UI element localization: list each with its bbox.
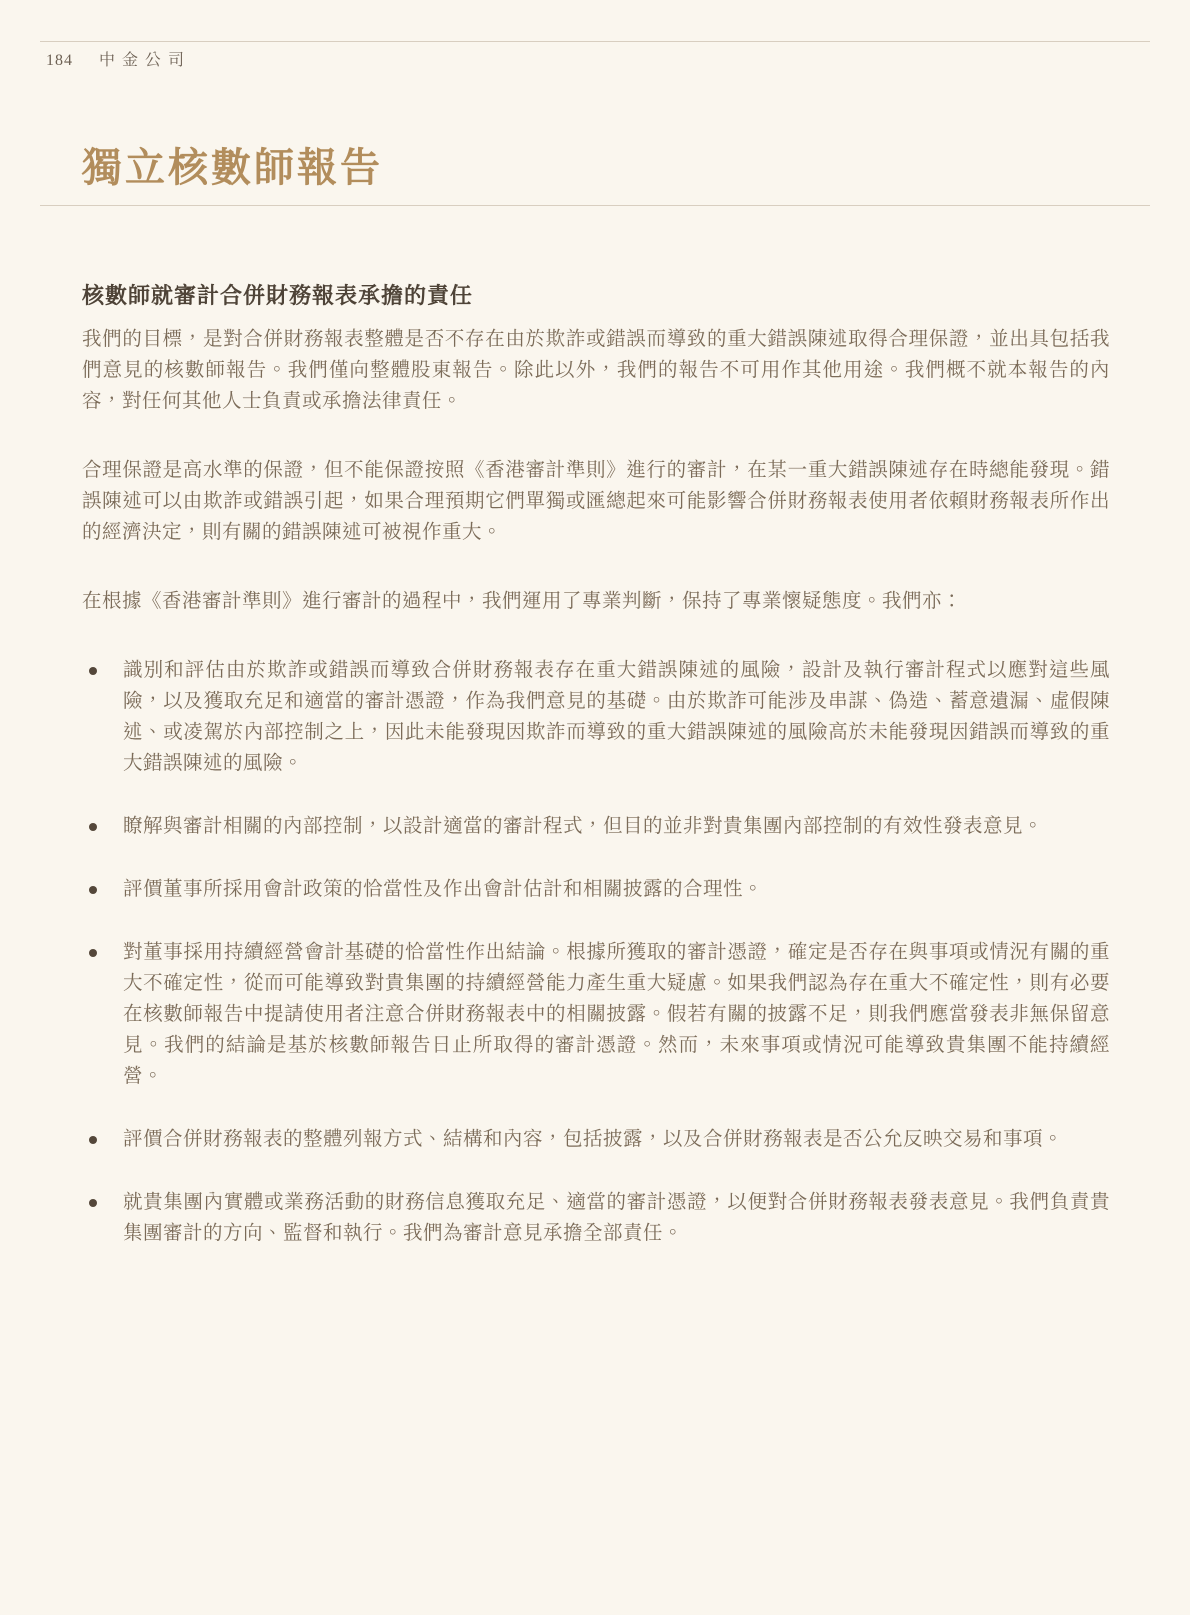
bullet-item: 對董事採用持續經營會計基礎的恰當性作出結論。根據所獲取的審計憑證，確定是否存在與…: [82, 937, 1110, 1092]
bullet-item: 識別和評估由於欺詐或錯誤而導致合併財務報表存在重大錯誤陳述的風險，設計及執行審計…: [82, 655, 1110, 779]
section-heading: 核數師就審計合併財務報表承擔的責任: [82, 282, 1110, 310]
bullet-item: 評價合併財務報表的整體列報方式、結構和內容，包括披露，以及合併財務報表是否公允反…: [82, 1124, 1110, 1155]
report-body: 核數師就審計合併財務報表承擔的責任 我們的目標，是對合併財務報表整體是否不存在由…: [82, 282, 1110, 1281]
bullet-icon: [89, 886, 97, 894]
bullet-icon: [89, 949, 97, 957]
bullet-text: 就貴集團內實體或業務活動的財務信息獲取充足、適當的審計憑證，以便對合併財務報表發…: [123, 1192, 1110, 1244]
bullet-text: 對董事採用持續經營會計基礎的恰當性作出結論。根據所獲取的審計憑證，確定是否存在與…: [123, 942, 1110, 1087]
bullet-text: 評價合併財務報表的整體列報方式、結構和內容，包括披露，以及合併財務報表是否公允反…: [123, 1129, 1063, 1150]
bullet-icon: [89, 1199, 97, 1207]
bullet-text: 識別和評估由於欺詐或錯誤而導致合併財務報表存在重大錯誤陳述的風險，設計及執行審計…: [123, 660, 1110, 774]
bullet-item: 瞭解與審計相關的內部控制，以設計適當的審計程式，但目的並非對貴集團內部控制的有效…: [82, 811, 1110, 842]
bullet-text: 評價董事所採用會計政策的恰當性及作出會計估計和相關披露的合理性。: [123, 879, 763, 900]
bullet-icon: [89, 823, 97, 831]
responsibility-bullet-list: 識別和評估由於欺詐或錯誤而導致合併財務報表存在重大錯誤陳述的風險，設計及執行審計…: [82, 655, 1110, 1249]
company-name: 中金公司: [99, 51, 191, 71]
page-header: 184 中金公司: [46, 51, 191, 71]
bullet-icon: [89, 667, 97, 675]
paragraph-objective: 我們的目標，是對合併財務報表整體是否不存在由於欺詐或錯誤而導致的重大錯誤陳述取得…: [82, 324, 1110, 417]
page-number: 184: [46, 51, 73, 71]
paragraph-reasonable-assurance: 合理保證是高水準的保證，但不能保證按照《香港審計準則》進行的審計，在某一重大錯誤…: [82, 455, 1110, 548]
report-title: 獨立核數師報告: [82, 146, 383, 190]
bullet-item: 就貴集團內實體或業務活動的財務信息獲取充足、適當的審計憑證，以便對合併財務報表發…: [82, 1187, 1110, 1249]
bullet-item: 評價董事所採用會計政策的恰當性及作出會計估計和相關披露的合理性。: [82, 874, 1110, 905]
bullet-icon: [89, 1136, 97, 1144]
report-page: 184 中金公司 獨立核數師報告 核數師就審計合併財務報表承擔的責任 我們的目標…: [0, 0, 1190, 1615]
title-rule: [40, 205, 1150, 206]
header-rule: [40, 41, 1150, 42]
bullet-text: 瞭解與審計相關的內部控制，以設計適當的審計程式，但目的並非對貴集團內部控制的有效…: [123, 816, 1043, 837]
paragraph-professional-judgement: 在根據《香港審計準則》進行審計的過程中，我們運用了專業判斷，保持了專業懷疑態度。…: [82, 586, 1110, 617]
